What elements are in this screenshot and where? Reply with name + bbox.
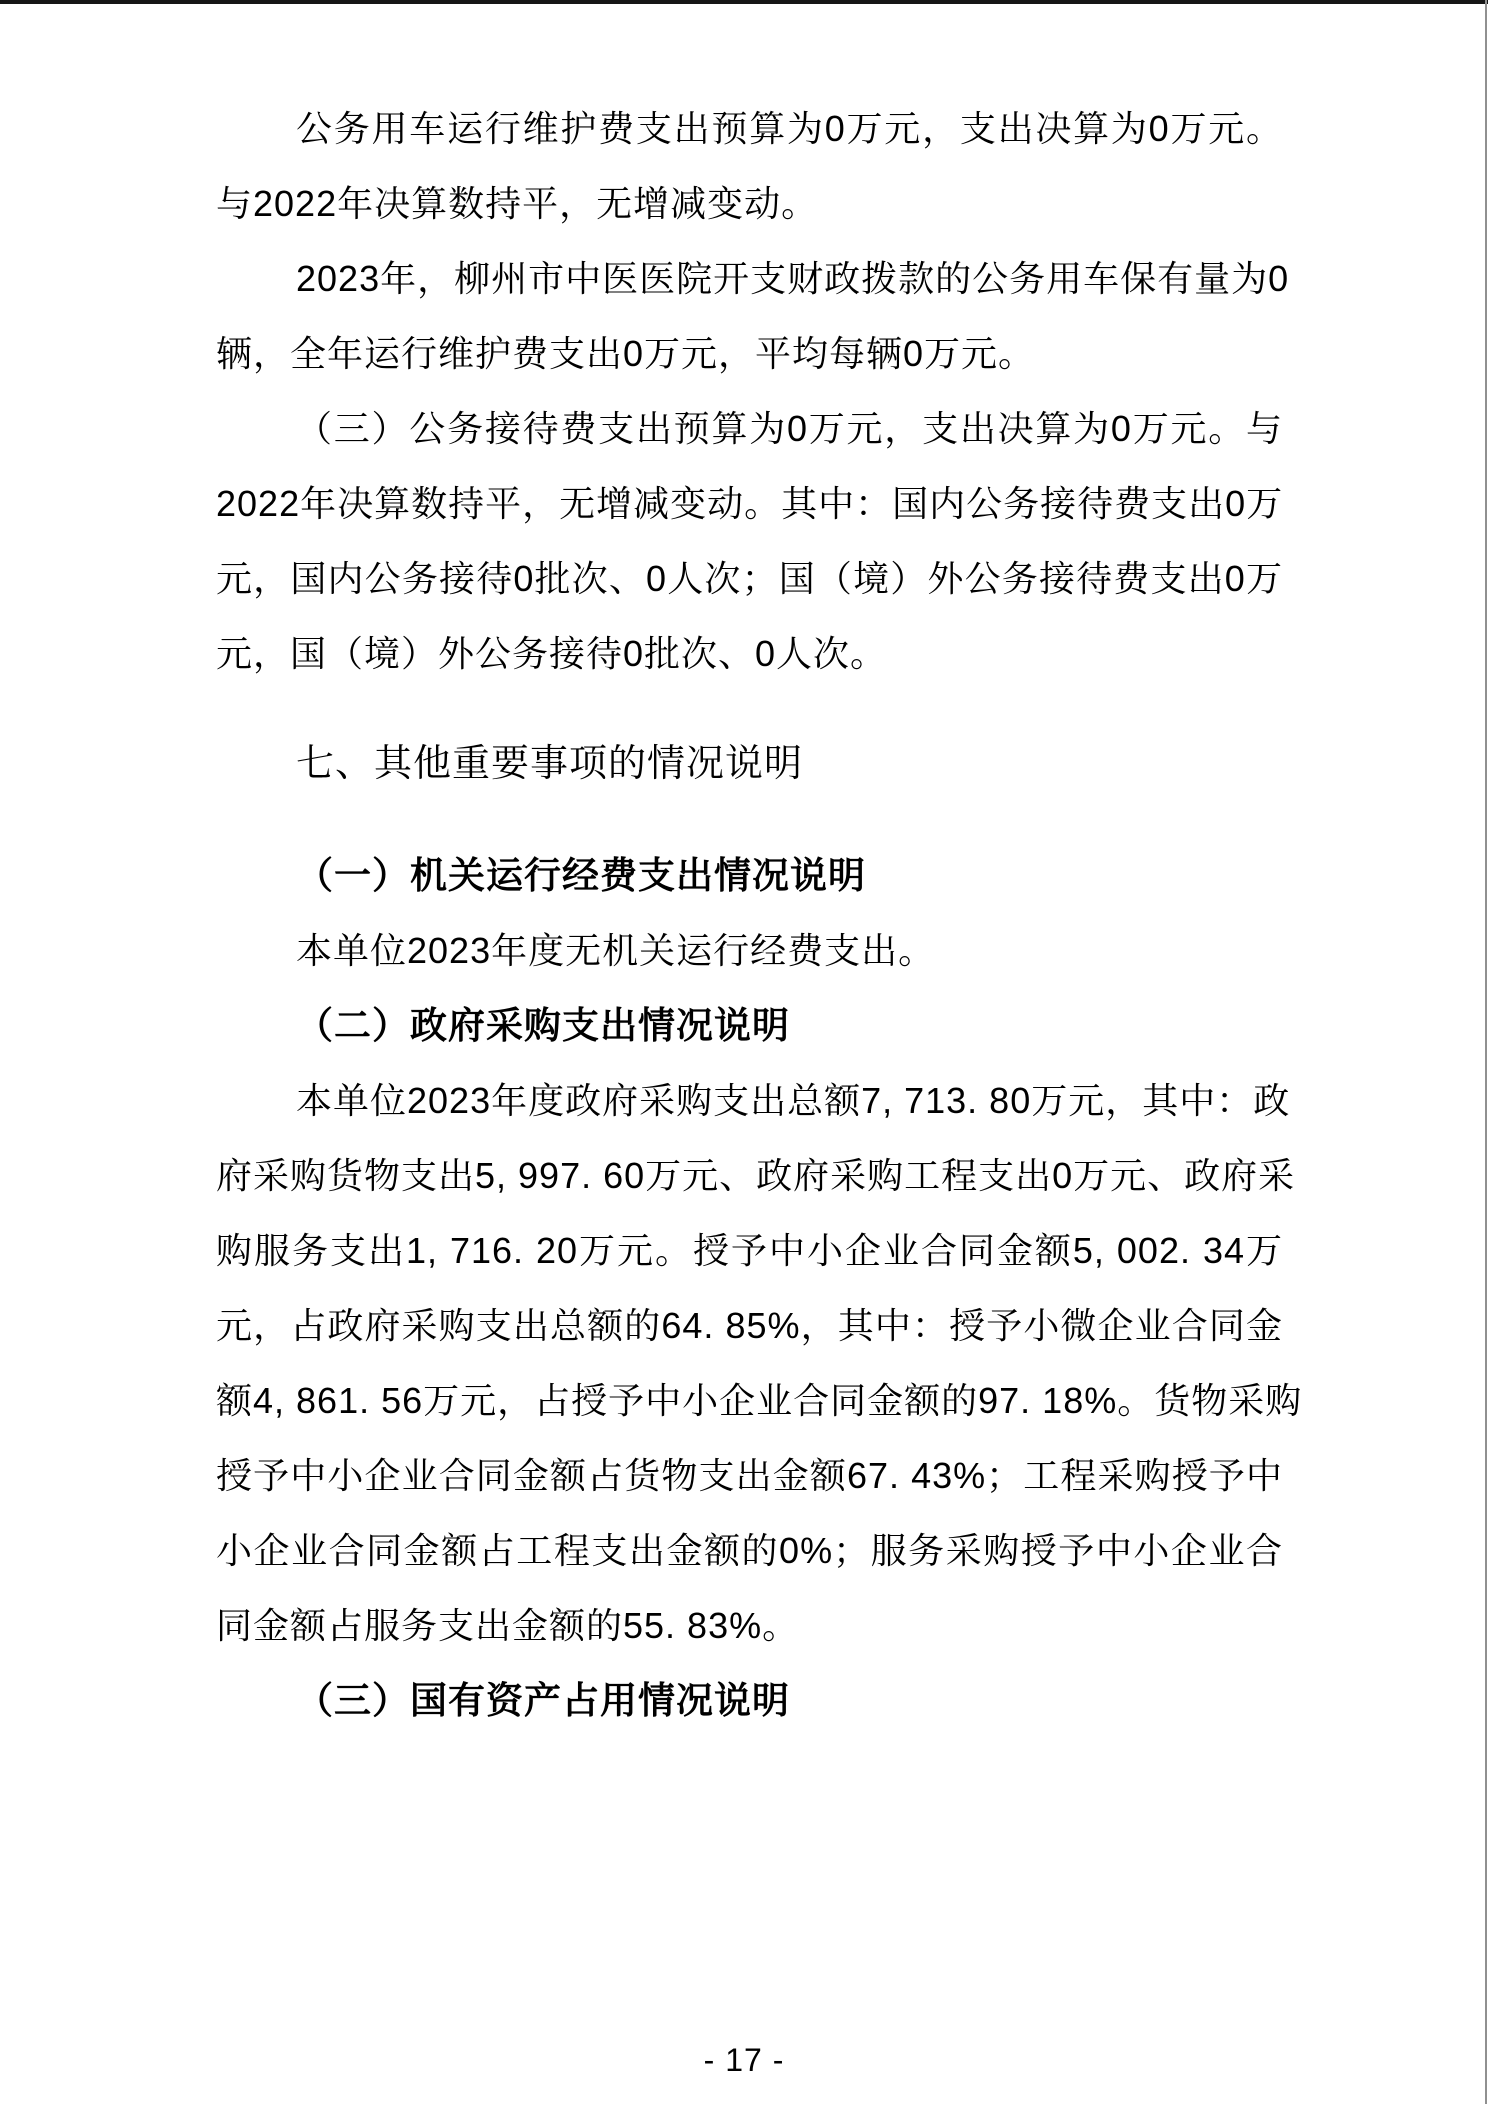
text-line-1: 公务用车运行维护费支出预算为0万元，支出决算为0万元。: [216, 91, 1283, 166]
text-line-11: 本单位2023年度无机关运行经费支出。: [216, 913, 1283, 988]
text-line-16: 元，占政府采购支出总额的64. 85%，其中：授予小微企业合同金: [216, 1288, 1283, 1363]
text-line-21: （三）国有资产占用情况说明: [216, 1663, 1283, 1738]
text-line-4: 辆，全年运行维护费支出0万元，平均每辆0万元。: [216, 316, 1283, 391]
text-line-6: 2022年决算数持平，无增减变动。其中：国内公务接待费支出0万: [216, 466, 1283, 541]
text-line-9: 七、其他重要事项的情况说明: [216, 727, 1283, 802]
text-line-15: 购服务支出1, 716. 20万元。授予中小企业合同金额5, 002. 34万: [216, 1213, 1283, 1288]
document-page: 公务用车运行维护费支出预算为0万元，支出决算为0万元。与2022年决算数持平，无…: [0, 0, 1488, 2104]
page-footer: - 17 -: [0, 2040, 1488, 2080]
text-line-20: 同金额占服务支出金额的55. 83%。: [216, 1588, 1283, 1663]
text-line-18: 授予中小企业合同金额占货物支出金额67. 43%；工程采购授予中: [216, 1438, 1283, 1513]
text-line-8: 元，国（境）外公务接待0批次、0人次。: [216, 616, 1283, 691]
text-line-10: （一）机关运行经费支出情况说明: [216, 838, 1283, 913]
text-line-5: （三）公务接待费支出预算为0万元，支出决算为0万元。与: [216, 391, 1283, 466]
text-line-12: （二）政府采购支出情况说明: [216, 988, 1283, 1063]
page-right-edge-line: [1485, 0, 1487, 2104]
text-line-7: 元，国内公务接待0批次、0人次；国（境）外公务接待费支出0万: [216, 541, 1283, 616]
text-line-14: 府采购货物支出5, 997. 60万元、政府采购工程支出0万元、政府采: [216, 1138, 1283, 1213]
text-line-2: 与2022年决算数持平，无增减变动。: [216, 166, 1283, 241]
page-top-edge: [0, 0, 1488, 4]
text-line-19: 小企业合同金额占工程支出金额的0%；服务采购授予中小企业合: [216, 1513, 1283, 1588]
text-line-3: 2023年，柳州市中医医院开支财政拨款的公务用车保有量为0: [216, 241, 1283, 316]
text-line-13: 本单位2023年度政府采购支出总额7, 713. 80万元，其中：政: [216, 1063, 1283, 1138]
text-line-17: 额4, 861. 56万元，占授予中小企业合同金额的97. 18%。货物采购: [216, 1363, 1283, 1438]
document-body: 公务用车运行维护费支出预算为0万元，支出决算为0万元。与2022年决算数持平，无…: [216, 91, 1283, 1738]
page-number: - 17 -: [704, 2042, 785, 2078]
